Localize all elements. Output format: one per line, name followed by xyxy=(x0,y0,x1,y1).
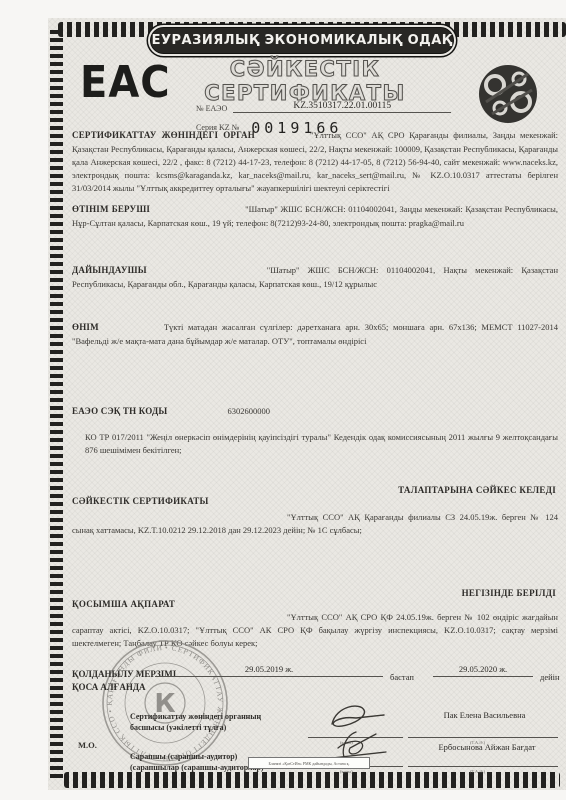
certificate-number-label: № ЕАЭО xyxy=(196,104,227,113)
section-label: ДАЙЫНДАУШЫ xyxy=(72,265,147,275)
head-role-label: Сертификаттау жөніндегі органның басшысы… xyxy=(130,712,285,734)
date-to-field: 29.05.2020 ж. xyxy=(433,664,533,677)
section-label: ӨТІНІМ БЕРУШІ xyxy=(72,204,150,214)
additional-right-heading: НЕГІЗІНДЕ БЕРІЛДІ xyxy=(462,588,556,598)
seal-place-abbr: М.О. xyxy=(78,740,97,750)
conformity-label: СӘЙКЕСТІК СЕРТИФИКАТЫ xyxy=(72,496,209,506)
conformity-text: "Ұлттық ССО" АҚ Қарағанды филиалы СЗ 24.… xyxy=(72,511,558,537)
section-applicant: ӨТІНІМ БЕРУШІ"Шатыр" ЖШС БСН/ЖСН: 011040… xyxy=(72,203,558,230)
decorative-border-left xyxy=(50,30,63,782)
section-label: СЕРТИФИКАТТАУ ЖӨНІНДЕГІ ОРГАН xyxy=(72,130,255,140)
section-label: ЕАЭО СЭҚ ТН КОДЫ xyxy=(72,406,167,416)
name-caption: (Т.А.Ә.) xyxy=(470,769,485,774)
section-text: Түкті матадан жасалған сүлгілер: дәретха… xyxy=(72,322,558,346)
certificate-number-value: KZ.3510317.22.01.00115 xyxy=(233,101,451,113)
tn-code-value: 6302600000 xyxy=(227,406,270,416)
section-conformity: "Ұлттық ССО" АҚ Қарағанды филиалы СЗ 24.… xyxy=(72,511,558,537)
expert-name: Ербосынова Айжан Бағдат xyxy=(412,742,562,752)
certificate-title: СӘЙКЕСТІК СЕРТИФИКАТЫ xyxy=(135,57,475,105)
certificate-number-row: № ЕАЭОKZ.3510317.22.01.00115 xyxy=(196,101,451,113)
section-label: ӨНІМ xyxy=(72,322,99,332)
tech-regulation-text: КО ТР 017/2011 "Жеңіл өнеркәсіп өнімдері… xyxy=(85,432,558,455)
date-from-field: 29.05.2019 ж. xyxy=(155,664,383,677)
blank-manufacturer-print: Бланкті «ҚазСтИн» РМК дайындады, Астана … xyxy=(248,757,370,769)
section-manufacturer: ДАЙЫНДАУШЫ"Шатыр" ЖШС БСН/ЖСН: 011040020… xyxy=(72,264,558,291)
to-word: дейін xyxy=(540,672,560,682)
round-stamp-icon: • СЕРТИФИКАТТАУ ЖӨНІНДЕГІ ОРГАН • ҰЛТТЫҚ… xyxy=(98,636,232,770)
section-certification-body: СЕРТИФИКАТТАУ ЖӨНІНДЕГІ ОРГАН"Ұлттық ССО… xyxy=(72,129,558,196)
guilloche-emblem-icon xyxy=(476,62,540,126)
section-tech-regulation: КО ТР 017/2011 "Жеңіл өнеркәсіп өнімдері… xyxy=(85,431,558,457)
head-name: Пак Елена Васильевна xyxy=(412,710,557,720)
certificate-page: ЕАС ЕУРАЗИЯЛЫҚ ЭКОНОМИКАЛЫҚ ОДАҚ СӘЙКЕСТ… xyxy=(0,0,566,800)
expert-name-line xyxy=(408,766,558,767)
union-banner: ЕУРАЗИЯЛЫҚ ЭКОНОМИКАЛЫҚ ОДАҚ xyxy=(150,27,454,54)
additional-label: ҚОСЫМША АҚПАРАТ xyxy=(72,599,175,609)
section-product: ӨНІМТүкті матадан жасалған сүлгілер: дәр… xyxy=(72,321,558,348)
from-word: бастап xyxy=(390,672,414,682)
union-banner-text: ЕУРАЗИЯЛЫҚ ЭКОНОМИКАЛЫҚ ОДАҚ xyxy=(152,33,453,48)
section-tn-code: ЕАЭО СЭҚ ТН КОДЫ6302600000 xyxy=(72,405,558,419)
signature-caption: (қолы) xyxy=(340,769,353,774)
decorative-border-bottom xyxy=(64,772,560,788)
head-name-line xyxy=(408,737,558,738)
conformity-right-heading: ТАЛАПТАРЫНА СӘЙКЕС КЕЛЕДІ xyxy=(398,485,556,495)
